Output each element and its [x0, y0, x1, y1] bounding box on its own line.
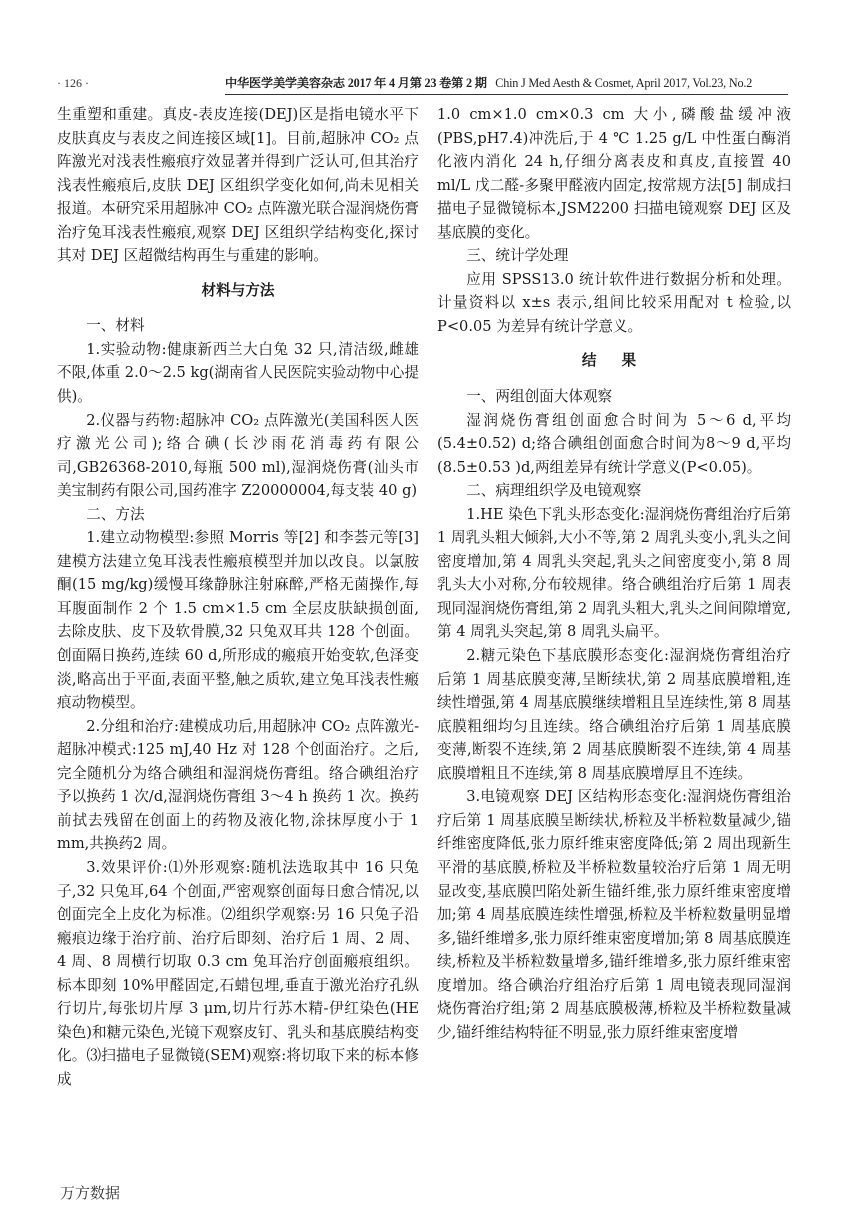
journal-title-en: Chin J Med Aesth & Cosmet, April 2017, V…: [495, 76, 752, 90]
journal-citation: 中华医学美学美容杂志 2017 年 4 月第 23 卷第 2 期 Chin J …: [225, 74, 788, 95]
section-heading-methods: 材料与方法: [57, 279, 419, 303]
paragraph-sem-continued: 1.0 cm×1.0 cm×0.3 cm 大小,磷酸盐缓冲液(PBS,pH7.4…: [437, 103, 791, 244]
paragraph-instruments: 2.仪器与药物:超脉冲 CO₂ 点阵激光(美国科医人医疗激光公司);络合碘(长沙…: [57, 409, 419, 503]
paragraph-animals: 1.实验动物:健康新西兰大白兔 32 只,清洁级,雌雄不限,体重 2.0～2.5…: [57, 338, 419, 409]
paragraph-he-staining: 1.HE 染色下乳头形态变化:湿润烧伤膏组治疗后第 1 周乳头粗大倾斜,大小不等…: [437, 503, 791, 644]
subheading-methods: 二、方法: [57, 503, 419, 527]
subheading-gross-observation: 一、两组创面大体观察: [437, 385, 791, 409]
section-heading-results: 结 果: [437, 349, 791, 373]
paragraph-gross-observation: 湿润烧伤膏组创面愈合时间为 5～6 d,平均(5.4±0.52) d;络合碘组创…: [437, 409, 791, 480]
intro-paragraph: 生重塑和重建。真皮-表皮连接(DEJ)区是指电镜水平下皮肤真皮与表皮之间连接区域…: [57, 103, 419, 268]
paragraph-grouping: 2.分组和治疗:建模成功后,用超脉冲 CO₂ 点阵激光-超脉冲模式:125 mJ…: [57, 715, 419, 856]
subheading-statistics: 三、统计学处理: [437, 244, 791, 268]
paragraph-model: 1.建立动物模型:参照 Morris 等[2] 和李荟元等[3] 建模方法建立兔…: [57, 526, 419, 714]
paragraph-evaluation: 3.效果评价:⑴外形观察:随机法选取其中 16 只兔子,32 只兔耳,64 个创…: [57, 856, 419, 1091]
paragraph-pas-staining: 2.糖元染色下基底膜形态变化:湿润烧伤膏组治疗后第 1 周基底膜变薄,呈断续状,…: [437, 644, 791, 785]
running-head: · 126 · 中华医学美学美容杂志 2017 年 4 月第 23 卷第 2 期…: [57, 74, 787, 96]
paragraph-statistics: 应用 SPSS13.0 统计软件进行数据分析和处理。计量资料以 x±s 表示,组…: [437, 268, 791, 339]
page-number: · 126 ·: [57, 76, 89, 91]
watermark: 万方数据: [60, 1182, 120, 1203]
right-column: 1.0 cm×1.0 cm×0.3 cm 大小,磷酸盐缓冲液(PBS,pH7.4…: [437, 103, 791, 1044]
left-column: 生重塑和重建。真皮-表皮连接(DEJ)区是指电镜水平下皮肤真皮与表皮之间连接区域…: [57, 103, 419, 1091]
subheading-pathology: 二、病理组织学及电镜观察: [437, 479, 791, 503]
journal-title-zh: 中华医学美学美容杂志 2017 年 4 月第 23 卷第 2 期: [225, 76, 487, 90]
paragraph-electron-microscopy: 3.电镜观察 DEJ 区结构形态变化:湿润烧伤膏组治疗后第 1 周基底膜呈断续状…: [437, 785, 791, 1044]
subheading-materials: 一、材料: [57, 314, 419, 338]
